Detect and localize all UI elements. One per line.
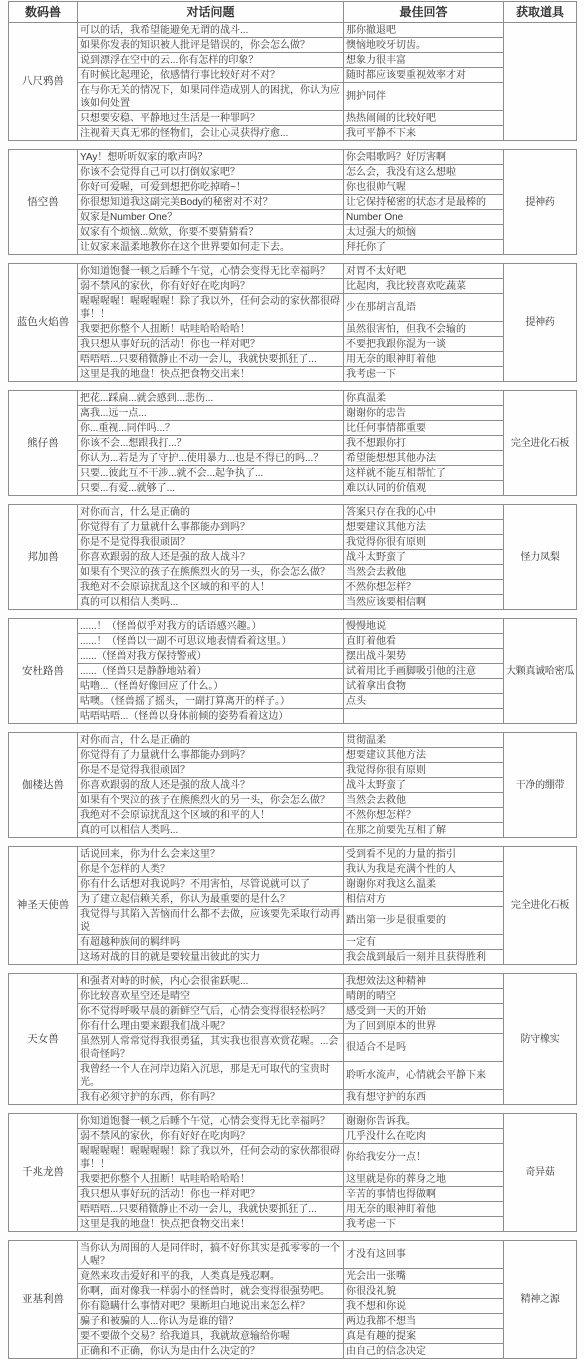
- question-cell: 你很想知道我这副完美Body的秘密对不对？: [78, 195, 344, 210]
- answer-cell: 谢谢你的忠告: [344, 406, 504, 421]
- table-row: 喔喔喔喔！喔喔喔喔！除了我以外，任何会动的家伙都很碍事！！你给我安分一点！: [9, 1144, 577, 1172]
- question-cell: 注视着天真无邪的怪物们，会让心灵获得疗愈...: [78, 126, 344, 141]
- question-cell: ......（怪兽对我方保持警戒）: [78, 649, 344, 664]
- table-row: 咕噢。（怪兽摇了摇头，一副打算离开的样子。）点头: [9, 694, 577, 709]
- digimon-section-table: 亚基利兽当你认为周围的人是同伴时，搞不好你其实是孤零零的一个人喔？才没有这回事精…: [8, 1240, 577, 1359]
- column-header-digimon: 数码兽: [9, 2, 78, 23]
- answer-cell: 两边我都不想当: [344, 1314, 504, 1329]
- digimon-name-cell: 天女兽: [9, 974, 78, 1105]
- table-row: 你好可爱喔，可爱到想把你吃掉唷~！你也很帅气喔: [9, 180, 577, 195]
- digimon-name-cell: 亚基利兽: [9, 1241, 78, 1359]
- table-row: 为了建立起信赖关系，你认为最重要的是什么？相信对方: [9, 892, 577, 907]
- question-cell: 唔唔唔...只要稍微静止不动一会儿，我就快要抓狂了...: [78, 352, 344, 367]
- answer-cell: 晴朗的晴空: [344, 989, 504, 1004]
- table-row: 说到漂浮在空中的云...你有怎样的印象？想象力很丰富: [9, 53, 577, 68]
- table-row: 你是不是觉得我很顽固？我觉得你很有原则: [9, 535, 577, 550]
- answer-cell: 让它保持秘密的状态才是最棒的: [344, 195, 504, 210]
- answer-cell: 聆听水流声，心情就会平静下来: [344, 1062, 504, 1090]
- digimon-section-table: 伽楼达兽对你而言，什么是正确的贯彻温柔干净的绷带你觉得有了力量就什么事都能办到吗…: [8, 732, 577, 838]
- question-cell: 我曾经一个人在河岸边陷入沉思，那是无可取代的宝贵时光。: [78, 1062, 344, 1090]
- question-cell: 说到漂浮在空中的云...你有怎样的印象？: [78, 53, 344, 68]
- answer-cell: Number One: [344, 210, 504, 225]
- table-row: 你有隐瞒什么事情对吧？果断坦白地说出来怎么样？我不想和你说: [9, 1299, 577, 1314]
- question-cell: 虽然别人常常觉得我很勇猛，其实我也很喜欢赏花喔。...会很奇怪吗？: [78, 1034, 344, 1062]
- answer-cell: 虽然很害怕，但我不会输的: [344, 322, 504, 337]
- answer-cell: 光会出一张嘴: [344, 1269, 504, 1284]
- digimon-section-table: 熊仔兽把花...踩扁...就会感到...悲伤...你真温柔完全进化石板离我...…: [8, 390, 577, 496]
- table-row: 你有什么话想对我说吗？不用害怕，尽管说就可以了谢谢你对我这么温柔: [9, 877, 577, 892]
- answer-cell: 当然应该要相信啊: [344, 595, 504, 610]
- question-cell: 让奴家来温柔地教你在这个世界要如何走下去。: [78, 240, 344, 255]
- answer-cell: 踏出第一步是很重要的: [344, 907, 504, 935]
- digimon-section-table: 安杜路兽......！（怪兽似乎对我方的话语感兴趣。）慢慢地说大颗真诚哈密瓜..…: [8, 618, 577, 724]
- table-row: 奴家有个烦恼...欸欸，你要不要猜猜看？太过强大的烦恼: [9, 225, 577, 240]
- table-row: 你...重视...同伴吗...？比任何事情都重要: [9, 421, 577, 436]
- question-cell: 你是不是觉得我很顽固？: [78, 763, 344, 778]
- table-row: 你啊，面对像我一样弱小的怪兽时，就会变得很强势吧。你很没礼貌: [9, 1284, 577, 1299]
- table-row: 神圣天使兽话说回来，你为什么会来这里？受到看不见的力量的指引完全进化石板: [9, 847, 577, 862]
- table-row: 咕噜...（怪兽好像回应了什么。）试着拿出食物: [9, 679, 577, 694]
- answer-cell: 答案只存在我的心中: [344, 505, 504, 520]
- table-row: 你是不是觉得我很顽固？我觉得你很有原则: [9, 763, 577, 778]
- question-cell: 你喜欢跟弱的敌人还是强的敌人战斗？: [78, 778, 344, 793]
- question-cell: 我要把你整个人扭断！咕哇哈哈哈哈！: [78, 1172, 344, 1187]
- table-row: 你该不会觉得自己可以打倒奴家吧？怎么会，我没有这么想啦: [9, 165, 577, 180]
- answer-cell: 我认为我是充满个性的人: [344, 862, 504, 877]
- answer-cell: 贯彻温柔: [344, 733, 504, 748]
- digimon-section-table: 天女兽和强者对峙的时候，内心会很雀跃呢...我想效法这种精神防守橡实你比较喜欢星…: [8, 973, 577, 1105]
- table-row: ......（怪兽对我方保持警戒）摆出战斗架势: [9, 649, 577, 664]
- table-row: 骗子和被骗的人...你认为是谁的错？两边我都不想当: [9, 1314, 577, 1329]
- item-cell: 大颗真诚哈密瓜: [504, 619, 577, 724]
- table-row: 我绝对不会原谅扰乱这个区域的和平的人！不然你想怎样？: [9, 808, 577, 823]
- column-header-question: 对话问题: [78, 2, 344, 23]
- table-row: 你觉得有了力量就什么事都能办到吗？想要建议其他方法: [9, 520, 577, 535]
- table-row: 弱不禁风的家伙，你有好好在吃肉吗？几乎没什么在吃肉: [9, 1129, 577, 1144]
- answer-cell: 不然你想怎样？: [344, 580, 504, 595]
- table-row: 这里是我的地盘！快点把食物交出来！我考虑一下: [9, 1217, 577, 1232]
- question-cell: 正确和不正确，你认为是由什么决定的？: [78, 1344, 344, 1359]
- question-cell: 可以的话，我希望能避免无谓的战斗...: [78, 23, 344, 38]
- question-cell: 对你而言，什么是正确的: [78, 733, 344, 748]
- table-row: 你是个怎样的人类？我认为我是充满个性的人: [9, 862, 577, 877]
- table-row: 我绝对不会原谅扰乱这个区域的和平的人！不然你想怎样？: [9, 580, 577, 595]
- header-row: 数码兽 对话问题 最佳回答 获取道具: [9, 2, 577, 23]
- table-row: 天女兽和强者对峙的时候，内心会很雀跃呢...我想效法这种精神防守橡实: [9, 974, 577, 989]
- digimon-section-table: 邦加兽对你而言，什么是正确的答案只存在我的心中怪力凤梨你觉得有了力量就什么事都能…: [8, 504, 577, 610]
- question-cell: 有超越种族间的羁绊吗: [78, 935, 344, 950]
- answer-cell: 感受到一天的开始: [344, 1004, 504, 1019]
- answer-cell: 才没有这回事: [344, 1241, 504, 1269]
- table-row: 在与你无关的情况下，如果同伴造成别人的困扰，你认为应该如何处置拥护同伴: [9, 83, 577, 111]
- answer-cell: 那你撤退吧: [344, 23, 504, 38]
- question-cell: 把花...踩扁...就会感到...悲伤...: [78, 391, 344, 406]
- question-cell: 如果你发表的知识被人批评是错误的，你会怎么做？: [78, 38, 344, 53]
- question-cell: 这里是我的地盘！快点把食物交出来！: [78, 1217, 344, 1232]
- answer-cell: 几乎没什么在吃肉: [344, 1129, 504, 1144]
- question-cell: 离我...远一点...: [78, 406, 344, 421]
- answer-cell: 点头: [344, 694, 504, 709]
- table-row: ......！（怪兽以一副不可思议地表情看着这里。）直盯着他看: [9, 634, 577, 649]
- table-row: 如果你发表的知识被人批评是错误的，你会怎么做？懊恼地咬牙切齿。: [9, 38, 577, 53]
- table-row: 奴家是Number One？Number One: [9, 210, 577, 225]
- answer-cell: 当然会去救他: [344, 793, 504, 808]
- answer-cell: 我觉得你很有原则: [344, 763, 504, 778]
- table-row: 我曾经一个人在河岸边陷入沉思，那是无可取代的宝贵时光。聆听水流声，心情就会平静下…: [9, 1062, 577, 1090]
- item-cell: 防守橡实: [504, 974, 577, 1105]
- digimon-section-table: 神圣天使兽话说回来，你为什么会来这里？受到看不见的力量的指引完全进化石板你是个怎…: [8, 846, 577, 965]
- answer-cell: 这里就是你的葬身之地: [344, 1172, 504, 1187]
- column-header-item: 获取道具: [504, 2, 577, 23]
- table-row: 只想要安稳、平静地过生活是一种罪吗？热热闹闹的比较好吧: [9, 111, 577, 126]
- digimon-name-cell: 熊仔兽: [9, 391, 78, 496]
- answer-cell: 想要建议其他方法: [344, 520, 504, 535]
- table-row: 弱不禁风的家伙，你有好好在吃肉吗？比起肉，我比较喜欢吃蔬菜: [9, 279, 577, 294]
- answer-cell: 用无奈的眼神盯着他: [344, 352, 504, 367]
- question-cell: 你有什么话想对我说吗？不用害怕，尽管说就可以了: [78, 877, 344, 892]
- question-cell: 弱不禁风的家伙，你有好好在吃肉吗？: [78, 1129, 344, 1144]
- answer-cell: 想象力很丰富: [344, 53, 504, 68]
- answer-cell: 很适合不是吗: [344, 1034, 504, 1062]
- table-row: 如果有个哭泣的孩子在熊熊烈火的另一头，你会怎么做？当然会去救他: [9, 565, 577, 580]
- answer-cell: 为了回到原本的世界: [344, 1019, 504, 1034]
- question-cell: 要不要做个交易？给我道具，我就故意输给你喔: [78, 1329, 344, 1344]
- question-cell: 竟然来攻击爱好和平的我，人类真是残忍啊。: [78, 1269, 344, 1284]
- question-cell: 你觉得有了力量就什么事都能办到吗？: [78, 520, 344, 535]
- table-row: 真的可以相信人类吗...当然应该要相信啊: [9, 595, 577, 610]
- question-cell: ......！（怪兽似乎对我方的话语感兴趣。）: [78, 619, 344, 634]
- answer-cell: 少在那胡言乱语: [344, 294, 504, 322]
- question-cell: 在与你无关的情况下，如果同伴造成别人的困扰，你认为应该如何处置: [78, 83, 344, 111]
- table-row: 你认为...若是为了守护...使用暴力...也是不得已的吗...？希望能想想其他…: [9, 451, 577, 466]
- item-cell: 提神药: [504, 150, 577, 255]
- answer-cell: 我考虑一下: [344, 367, 504, 382]
- answer-cell: 摆出战斗架势: [344, 649, 504, 664]
- question-cell: 你是不是觉得我很顽固？: [78, 535, 344, 550]
- answer-cell: 你也很帅气喔: [344, 180, 504, 195]
- answer-cell: 热热闹闹的比较好吧: [344, 111, 504, 126]
- question-cell: ......（怪兽只是静静地站着）: [78, 664, 344, 679]
- table-row: 你很想知道我这副完美Body的秘密对不对？让它保持秘密的状态才是最棒的: [9, 195, 577, 210]
- answer-cell: 我不想和你说: [344, 1299, 504, 1314]
- answer-cell: 真是有趣的提案: [344, 1329, 504, 1344]
- table-row: 真的可以相信人类吗...在那之前要先互相了解: [9, 823, 577, 838]
- answer-cell: 战斗太野蛮了: [344, 778, 504, 793]
- question-cell: 咕噢。（怪兽摇了摇头，一副打算离开的样子。）: [78, 694, 344, 709]
- question-cell: 如果有个哭泣的孩子在熊熊烈火的另一头，你会怎么做？: [78, 565, 344, 580]
- question-cell: 你该不会觉得自己可以打倒奴家吧？: [78, 165, 344, 180]
- question-cell: 喔喔喔喔！喔喔喔喔！除了我以外，任何会动的家伙都很碍事！！: [78, 294, 344, 322]
- table-row: 邦加兽对你而言，什么是正确的答案只存在我的心中怪力凤梨: [9, 505, 577, 520]
- answer-cell: 随时都应该要重视效率才对: [344, 68, 504, 83]
- item-cell: 完全进化石板: [504, 847, 577, 965]
- digimon-section-table: 千兆龙兽你知道饱餐一顿之后睡个午觉，心情会变得无比幸福吗？谢谢你告诉我。奇异菇弱…: [8, 1113, 577, 1232]
- answer-cell: 怎么会，我没有这么想啦: [344, 165, 504, 180]
- question-cell: 只想要安稳、平静地过生活是一种罪吗？: [78, 111, 344, 126]
- question-cell: 真的可以相信人类吗...: [78, 595, 344, 610]
- item-cell: 完全进化石板: [504, 391, 577, 496]
- question-cell: 你是个怎样的人类？: [78, 862, 344, 877]
- question-cell: 话说回来，你为什么会来这里？: [78, 847, 344, 862]
- answer-cell: 用无奈的眼神盯着他: [344, 1202, 504, 1217]
- table-row: 唔唔唔...只要稍微静止不动一会儿，我就快要抓狂了...用无奈的眼神盯着他: [9, 352, 577, 367]
- table-row: 我觉得与其陷入苦恼而什么都不去做，应该要先采取行动再说踏出第一步是很重要的: [9, 907, 577, 935]
- item-cell: 干净的绷带: [504, 733, 577, 838]
- table-row: 我只想从事好玩的活动！你也一样对吧？不要把我跟你混为一谈: [9, 337, 577, 352]
- question-cell: 弱不禁风的家伙，你有好好在吃肉吗？: [78, 279, 344, 294]
- answer-cell: 谢谢你对我这么温柔: [344, 877, 504, 892]
- question-cell: 这场对战的目的就是要较量出彼此的实力: [78, 950, 344, 965]
- digimon-name-cell: 神圣天使兽: [9, 847, 78, 965]
- question-cell: 咕噜...（怪兽好像回应了什么。）: [78, 679, 344, 694]
- question-cell: 你觉得有了力量就什么事都能办到吗？: [78, 748, 344, 763]
- answer-cell: 我想效法这种精神: [344, 974, 504, 989]
- table-row: 你比较喜欢星空还是晴空晴朗的晴空: [9, 989, 577, 1004]
- question-cell: 唔唔唔...只要稍微静止不动一会儿，我就快要抓狂了...: [78, 1202, 344, 1217]
- digimon-section-table: 八尺鸦兽可以的话，我希望能避免无谓的战斗...那你撤退吧如果你发表的知识被人批评…: [8, 22, 577, 141]
- digimon-section-table: 蓝色火焰兽你知道饱餐一顿之后睡个午觉，心情会变得无比幸福吗？对胃不太好吧提神药弱…: [8, 263, 577, 382]
- table-row: 你该不会...想跟我打...？我不想跟你打: [9, 436, 577, 451]
- table-row: 唔唔唔...只要稍微静止不动一会儿，我就快要抓狂了...用无奈的眼神盯着他: [9, 1202, 577, 1217]
- question-cell: 我绝对不会原谅扰乱这个区域的和平的人！: [78, 808, 344, 823]
- question-cell: 你认为...若是为了守护...使用暴力...也是不得已的吗...？: [78, 451, 344, 466]
- answer-cell: 你很没礼貌: [344, 1284, 504, 1299]
- question-cell: 你...重视...同伴吗...？: [78, 421, 344, 436]
- answer-cell: 你会唱歌吗？好厉害啊: [344, 150, 504, 165]
- table-row: 你不觉得呼吸早晨的新鲜空气后，心情会变得很轻松吗？感受到一天的开始: [9, 1004, 577, 1019]
- digimon-name-cell: 伽楼达兽: [9, 733, 78, 838]
- table-row: 喔喔喔喔！喔喔喔喔！除了我以外，任何会动的家伙都很碍事！！少在那胡言乱语: [9, 294, 577, 322]
- question-cell: 你不觉得呼吸早晨的新鲜空气后，心情会变得很轻松吗？: [78, 1004, 344, 1019]
- table-row: 熊仔兽把花...踩扁...就会感到...悲伤...你真温柔完全进化石板: [9, 391, 577, 406]
- digimon-name-cell: 蓝色火焰兽: [9, 264, 78, 382]
- table-row: 有超越种族间的羁绊吗一定有: [9, 935, 577, 950]
- table-row: 我有必须守护的东西，你有吗？我有想守护的东西: [9, 1090, 577, 1105]
- table-row: 离我...远一点...谢谢你的忠告: [9, 406, 577, 421]
- question-cell: 真的可以相信人类吗...: [78, 823, 344, 838]
- item-cell: 精神之源: [504, 1241, 577, 1359]
- answer-cell: 难以认同的价值观: [344, 481, 504, 496]
- answer-cell: 我有想守护的东西: [344, 1090, 504, 1105]
- table-row: 让奴家来温柔地教你在这个世界要如何走下去。拜托你了: [9, 240, 577, 255]
- answer-cell: 拜托你了: [344, 240, 504, 255]
- item-cell: 提神药: [504, 264, 577, 382]
- table-row: 有时候比起理论，依感情行事比较好对不对？随时都应该要重视效率才对: [9, 68, 577, 83]
- answer-cell: 比起肉，我比较喜欢吃蔬菜: [344, 279, 504, 294]
- digimon-name-cell: 悟空兽: [9, 150, 78, 255]
- question-cell: 你该不会...想跟我打...？: [78, 436, 344, 451]
- question-cell: 你有隐瞒什么事情对吧？果断坦白地说出来怎么样？: [78, 1299, 344, 1314]
- digimon-name-cell: 千兆龙兽: [9, 1114, 78, 1232]
- question-cell: 你比较喜欢星空还是晴空: [78, 989, 344, 1004]
- digimon-name-cell: 邦加兽: [9, 505, 78, 610]
- table-row: 千兆龙兽你知道饱餐一顿之后睡个午觉，心情会变得无比幸福吗？谢谢你告诉我。奇异菇: [9, 1114, 577, 1129]
- answer-cell: 对胃不太好吧: [344, 264, 504, 279]
- answer-cell: 我会战到最后一刻并且获得胜利: [344, 950, 504, 965]
- table-row: 八尺鸦兽可以的话，我希望能避免无谓的战斗...那你撤退吧: [9, 23, 577, 38]
- question-cell: 只要...有爱...就够了...: [78, 481, 344, 496]
- answer-cell: 太过强大的烦恼: [344, 225, 504, 240]
- table-row: 你喜欢跟弱的敌人还是强的敌人战斗？战斗太野蛮了: [9, 778, 577, 793]
- digimon-name-cell: 八尺鸦兽: [9, 23, 78, 141]
- answer-cell: 懊恼地咬牙切齿。: [344, 38, 504, 53]
- table-row: 如果有个哭泣的孩子在熊熊烈火的另一头，你会怎么做？当然会去救他: [9, 793, 577, 808]
- answer-cell: [344, 709, 504, 724]
- question-cell: 我有必须守护的东西，你有吗？: [78, 1090, 344, 1105]
- question-cell: 你啊，面对像我一样弱小的怪兽时，就会变得很强势吧。: [78, 1284, 344, 1299]
- table-row: 蓝色火焰兽你知道饱餐一顿之后睡个午觉，心情会变得无比幸福吗？对胃不太好吧提神药: [9, 264, 577, 279]
- question-cell: 骗子和被骗的人...你认为是谁的错？: [78, 1314, 344, 1329]
- table-row: 亚基利兽当你认为周围的人是同伴时，搞不好你其实是孤零零的一个人喔？才没有这回事精…: [9, 1241, 577, 1269]
- question-cell: 奴家有个烦恼...欸欸，你要不要猜猜看？: [78, 225, 344, 240]
- answer-cell: 你真温柔: [344, 391, 504, 406]
- question-cell: 只要...彼此互不干涉...就不会...起争执了...: [78, 466, 344, 481]
- table-row: 悟空兽YAy！想听听奴家的歌声吗？你会唱歌吗？好厉害啊提神药: [9, 150, 577, 165]
- answer-cell: 慢慢地说: [344, 619, 504, 634]
- table-row: 正确和不正确，你认为是由什么决定的？由自己的信念决定: [9, 1344, 577, 1359]
- question-cell: 我只想从事好玩的活动！你也一样对吧？: [78, 1187, 344, 1202]
- table-row: 你觉得有了力量就什么事都能办到吗？想要建议其他方法: [9, 748, 577, 763]
- table-row: 只要...彼此互不干涉...就不会...起争执了...这样就不能互相帮忙了: [9, 466, 577, 481]
- answer-cell: 我考虑一下: [344, 1217, 504, 1232]
- answer-cell: 辛苦的事情也得做啊: [344, 1187, 504, 1202]
- table-header: 数码兽 对话问题 最佳回答 获取道具: [8, 1, 577, 23]
- question-cell: 我要把你整个人扭断！咕哇哈哈哈哈！: [78, 322, 344, 337]
- column-header-best-answer: 最佳回答: [344, 2, 504, 23]
- sections-container: 八尺鸦兽可以的话，我希望能避免无谓的战斗...那你撤退吧如果你发表的知识被人批评…: [8, 22, 584, 1359]
- digimon-name-cell: 安杜路兽: [9, 619, 78, 724]
- question-cell: 如果有个哭泣的孩子在熊熊烈火的另一头，你会怎么做？: [78, 793, 344, 808]
- table-row: 咕唔咕唔...（怪兽以身体前倾的姿势看着这边）: [9, 709, 577, 724]
- answer-cell: 想要建议其他方法: [344, 748, 504, 763]
- question-cell: 你喜欢跟弱的敌人还是强的敌人战斗？: [78, 550, 344, 565]
- table-row: 伽楼达兽对你而言，什么是正确的贯彻温柔干净的绷带: [9, 733, 577, 748]
- question-cell: 你有什么理由要来跟我们战斗呢？: [78, 1019, 344, 1034]
- question-cell: 为了建立起信赖关系，你认为最重要的是什么？: [78, 892, 344, 907]
- table-row: 这场对战的目的就是要较量出彼此的实力我会战到最后一刻并且获得胜利: [9, 950, 577, 965]
- question-cell: 这里是我的地盘！快点把食物交出来！: [78, 367, 344, 382]
- table-row: ......（怪兽只是静静地站着）试着用比手画脚吸引他的注意: [9, 664, 577, 679]
- guide-table-page: 数码兽 对话问题 最佳回答 获取道具 八尺鸦兽可以的话，我希望能避免无谓的战斗.…: [0, 0, 584, 1359]
- table-row: 只要...有爱...就够了...难以认同的价值观: [9, 481, 577, 496]
- question-cell: 你知道饱餐一顿之后睡个午觉，心情会变得无比幸福吗？: [78, 264, 344, 279]
- answer-cell: 相信对方: [344, 892, 504, 907]
- question-cell: 我只想从事好玩的活动！你也一样对吧？: [78, 337, 344, 352]
- table-row: 要不要做个交易？给我道具，我就故意输给你喔真是有趣的提案: [9, 1329, 577, 1344]
- answer-cell: 希望能想想其他办法: [344, 451, 504, 466]
- table-row: 我要把你整个人扭断！咕哇哈哈哈哈！虽然很害怕，但我不会输的: [9, 322, 577, 337]
- question-cell: 喔喔喔喔！喔喔喔喔！除了我以外，任何会动的家伙都很碍事！！: [78, 1144, 344, 1172]
- answer-cell: 战斗太野蛮了: [344, 550, 504, 565]
- answer-cell: 当然会去救他: [344, 565, 504, 580]
- table-row: 虽然别人常常觉得我很勇猛，其实我也很喜欢赏花喔。...会很奇怪吗？很适合不是吗: [9, 1034, 577, 1062]
- question-cell: 和强者对峙的时候，内心会很雀跃呢...: [78, 974, 344, 989]
- question-cell: 咕唔咕唔...（怪兽以身体前倾的姿势看着这边）: [78, 709, 344, 724]
- digimon-section-table: 悟空兽YAy！想听听奴家的歌声吗？你会唱歌吗？好厉害啊提神药你该不会觉得自己可以…: [8, 149, 577, 255]
- question-cell: 奴家是Number One？: [78, 210, 344, 225]
- question-cell: YAy！想听听奴家的歌声吗？: [78, 150, 344, 165]
- answer-cell: 一定有: [344, 935, 504, 950]
- table-row: 竟然来攻击爱好和平的我，人类真是残忍啊。光会出一张嘴: [9, 1269, 577, 1284]
- table-row: 我要把你整个人扭断！咕哇哈哈哈哈！这里就是你的葬身之地: [9, 1172, 577, 1187]
- table-row: 我只想从事好玩的活动！你也一样对吧？辛苦的事情也得做啊: [9, 1187, 577, 1202]
- answer-cell: 比任何事情都重要: [344, 421, 504, 436]
- answer-cell: 我觉得你很有原则: [344, 535, 504, 550]
- answer-cell: 你给我安分一点！: [344, 1144, 504, 1172]
- question-cell: 你知道饱餐一顿之后睡个午觉，心情会变得无比幸福吗？: [78, 1114, 344, 1129]
- answer-cell: 这样就不能互相帮忙了: [344, 466, 504, 481]
- table-row: 这里是我的地盘！快点把食物交出来！我考虑一下: [9, 367, 577, 382]
- answer-cell: 试着用比手画脚吸引他的注意: [344, 664, 504, 679]
- answer-cell: 直盯着他看: [344, 634, 504, 649]
- table-row: 你有什么理由要来跟我们战斗呢？为了回到原本的世界: [9, 1019, 577, 1034]
- answer-cell: 谢谢你告诉我。: [344, 1114, 504, 1129]
- answer-cell: 我可平静不下来: [344, 126, 504, 141]
- item-cell: 怪力凤梨: [504, 505, 577, 610]
- question-cell: 我觉得与其陷入苦恼而什么都不去做，应该要先采取行动再说: [78, 907, 344, 935]
- question-cell: 有时候比起理论，依感情行事比较好对不对？: [78, 68, 344, 83]
- answer-cell: 在那之前要先互相了解: [344, 823, 504, 838]
- question-cell: 你好可爱喔，可爱到想把你吃掉唷~！: [78, 180, 344, 195]
- table-row: 安杜路兽......！（怪兽似乎对我方的话语感兴趣。）慢慢地说大颗真诚哈密瓜: [9, 619, 577, 634]
- item-cell: [504, 23, 577, 141]
- answer-cell: 我不想跟你打: [344, 436, 504, 451]
- answer-cell: 受到看不见的力量的指引: [344, 847, 504, 862]
- answer-cell: 由自己的信念决定: [344, 1344, 504, 1359]
- item-cell: 奇异菇: [504, 1114, 577, 1232]
- question-cell: 当你认为周围的人是同伴时，搞不好你其实是孤零零的一个人喔？: [78, 1241, 344, 1269]
- table-row: 你喜欢跟弱的敌人还是强的敌人战斗？战斗太野蛮了: [9, 550, 577, 565]
- answer-cell: 试着拿出食物: [344, 679, 504, 694]
- question-cell: 对你而言，什么是正确的: [78, 505, 344, 520]
- question-cell: 我绝对不会原谅扰乱这个区域的和平的人！: [78, 580, 344, 595]
- answer-cell: 拥护同伴: [344, 83, 504, 111]
- question-cell: ......！（怪兽以一副不可思议地表情看着这里。）: [78, 634, 344, 649]
- answer-cell: 不然你想怎样？: [344, 808, 504, 823]
- table-row: 注视着天真无邪的怪物们，会让心灵获得疗愈...我可平静不下来: [9, 126, 577, 141]
- answer-cell: 不要把我跟你混为一谈: [344, 337, 504, 352]
